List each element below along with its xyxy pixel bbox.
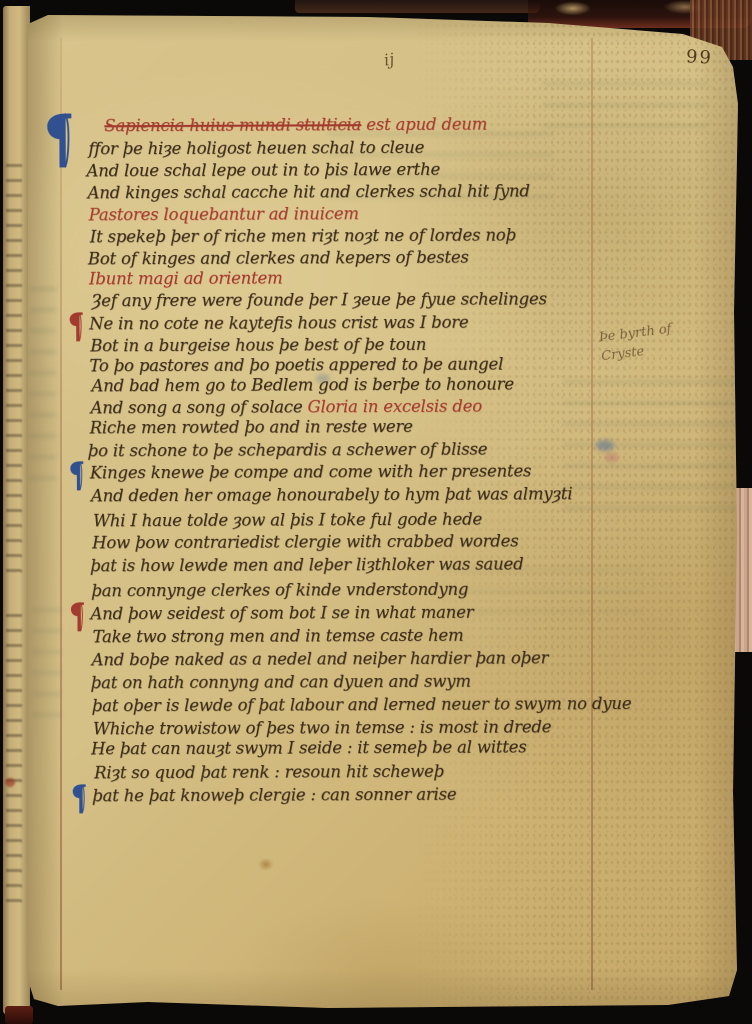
manuscript-line-1: Sapiencia huius mundi stulticia est apud… xyxy=(104,115,487,136)
manuscript-line-31: þat he þat knoweþ clergie : can sonner a… xyxy=(92,785,456,806)
manuscript-line-3: And loue schal lepe out in to þis lawe e… xyxy=(86,160,440,181)
manuscript-line-19: Whi I haue tolde ȝow al þis I toke ful g… xyxy=(93,510,482,531)
manuscript-line-12: To þo pastores and þo poetis appered to … xyxy=(89,355,503,376)
previous-page-red-mark xyxy=(5,778,15,787)
illuminated-initial-blue xyxy=(46,109,72,173)
previous-page-text-showthrough xyxy=(6,156,22,576)
verse-text: Bot in a burgeise hous þe best of þe tou… xyxy=(90,335,426,355)
previous-page-text-showthrough xyxy=(6,606,22,906)
rubric-text: Pastores loquebantur ad inuicem xyxy=(89,204,359,224)
manuscript-line-6: It spekeþ þer of riche men riȝt noȝt ne … xyxy=(90,225,516,246)
rubric-text: Ibunt magi ad orientem xyxy=(89,268,283,288)
verse-text: þat on hath connyng and can dyuen and sw… xyxy=(91,672,471,693)
verse-text: Ȝef any frere were founde þer I ȝeue þe … xyxy=(91,289,547,310)
manuscript-line-16: þo it schone to þe schepardis a schewer … xyxy=(88,440,488,461)
verse-text: And song a song of solace xyxy=(91,397,308,417)
rubric-text: Sapiencia huius mundi stulticia xyxy=(104,115,361,135)
verse-text: þo it schone to þe schepardis a schewer … xyxy=(88,440,488,461)
paraph-mark-red xyxy=(70,602,84,636)
manuscript-line-15: Riche men rowted þo and in reste were xyxy=(90,417,413,437)
previous-page-edge xyxy=(3,6,30,1014)
verse-text: Riche men rowted þo and in reste were xyxy=(90,417,413,437)
rubric-text: est apud deum xyxy=(361,115,487,135)
verse-text: He þat can nauȝt swym I seide : it semeþ… xyxy=(91,737,527,758)
manuscript-line-30: Riȝt so quod þat renk : resoun hit schew… xyxy=(94,762,444,783)
verse-text: Kinges knewe þe compe and come with her … xyxy=(90,461,532,482)
manuscript-line-21: þat is how lewde men and leþer liȝthloke… xyxy=(90,554,523,575)
paraph-mark-red xyxy=(69,312,83,346)
manuscript-line-14: And song a song of solace Gloria in exce… xyxy=(91,397,483,418)
manuscript-line-22: þan connynge clerkes of kinde vnderstond… xyxy=(91,580,468,601)
verse-text: þat he þat knoweþ clergie : can sonner a… xyxy=(92,785,456,806)
verse-text: And þow seidest of som bot I se in what … xyxy=(90,603,473,624)
verse-text: And boþe naked as a nedel and neiþer har… xyxy=(92,648,549,669)
verse-text: And deden her omage honourabely to hym þ… xyxy=(91,484,573,505)
binding-fragment xyxy=(5,1006,33,1024)
manuscript-line-17: Kinges knewe þe compe and come with her … xyxy=(90,461,532,482)
verse-text: þan connynge clerkes of kinde vnderstond… xyxy=(91,580,468,601)
verse-text: And kinges schal cacche hit and clerkes … xyxy=(88,181,530,202)
verse-text: And loue schal lepe out in to þis lawe e… xyxy=(86,160,440,181)
ink-showthrough xyxy=(30,287,56,497)
manuscript-line-24: Take two strong men and in temse caste h… xyxy=(93,626,464,647)
verse-text: Riȝt so quod þat renk : resoun hit schew… xyxy=(94,762,444,783)
manuscript-line-7: Bot of kinges and clerkes and kepers of … xyxy=(88,248,469,269)
verse-text: Whiche trowistow of þes two in temse : i… xyxy=(93,717,551,738)
verse-text: Take two strong men and in temse caste h… xyxy=(93,626,464,647)
verse-text: Bot of kinges and clerkes and kepers of … xyxy=(88,248,469,269)
verse-text: þat is how lewde men and leþer liȝthloke… xyxy=(90,554,523,575)
paraph-mark-blue xyxy=(70,461,84,495)
rubric-text: Gloria in excelsis deo xyxy=(307,397,482,417)
manuscript-line-18: And deden her omage honourabely to hym þ… xyxy=(91,484,573,505)
manuscript-line-13: And bad hem go to Bedlem god is berþe to… xyxy=(91,374,514,395)
ink-showthrough xyxy=(32,608,62,728)
manuscript-line-11: Bot in a burgeise hous þe best of þe tou… xyxy=(90,335,426,355)
text-block: Sapiencia huius mundi stulticia est apud… xyxy=(60,11,724,1011)
manuscript-line-5: Pastores loquebantur ad inuicem xyxy=(89,204,359,224)
manuscript-line-29: He þat can nauȝt swym I seide : it semeþ… xyxy=(91,737,527,758)
manuscript-photo: ij 99 Sapiencia huius mundi stulticia es… xyxy=(0,0,752,1024)
manuscript-line-23: And þow seidest of som bot I se in what … xyxy=(90,603,473,624)
verse-text: Ne in no cote ne kaytefis hous crist was… xyxy=(89,313,468,334)
manuscript-line-9: Ȝef any frere were founde þer I ȝeue þe … xyxy=(91,289,547,310)
binding-edge xyxy=(295,0,540,13)
manuscript-leaf: ij 99 Sapiencia huius mundi stulticia es… xyxy=(28,12,738,1009)
manuscript-line-10: Ne in no cote ne kaytefis hous crist was… xyxy=(89,313,468,334)
verse-text: ffor þe hiȝe holigost heuen schal to cle… xyxy=(88,138,424,158)
manuscript-line-4: And kinges schal cacche hit and clerkes … xyxy=(88,181,530,202)
manuscript-line-28: Whiche trowistow of þes two in temse : i… xyxy=(93,717,551,738)
verse-text: þat oþer is lewde of þat labour and lern… xyxy=(92,694,632,715)
manuscript-line-26: þat on hath connyng and can dyuen and sw… xyxy=(91,672,471,693)
verse-text: To þo pastores and þo poetis appered to … xyxy=(89,355,503,376)
manuscript-line-25: And boþe naked as a nedel and neiþer har… xyxy=(92,648,549,669)
manuscript-line-8: Ibunt magi ad orientem xyxy=(89,268,283,288)
verse-text: And bad hem go to Bedlem god is berþe to… xyxy=(91,374,514,395)
manuscript-line-2: ffor þe hiȝe holigost heuen schal to cle… xyxy=(88,138,424,158)
verse-text: It spekeþ þer of riche men riȝt noȝt ne … xyxy=(90,225,516,246)
manuscript-line-27: þat oþer is lewde of þat labour and lern… xyxy=(92,694,632,715)
manuscript-line-20: How þow contrariedist clergie with crabb… xyxy=(92,531,518,552)
paraph-mark-blue xyxy=(72,784,86,818)
verse-text: Whi I haue tolde ȝow al þis I toke ful g… xyxy=(93,510,482,531)
verse-text: How þow contrariedist clergie with crabb… xyxy=(92,531,518,552)
